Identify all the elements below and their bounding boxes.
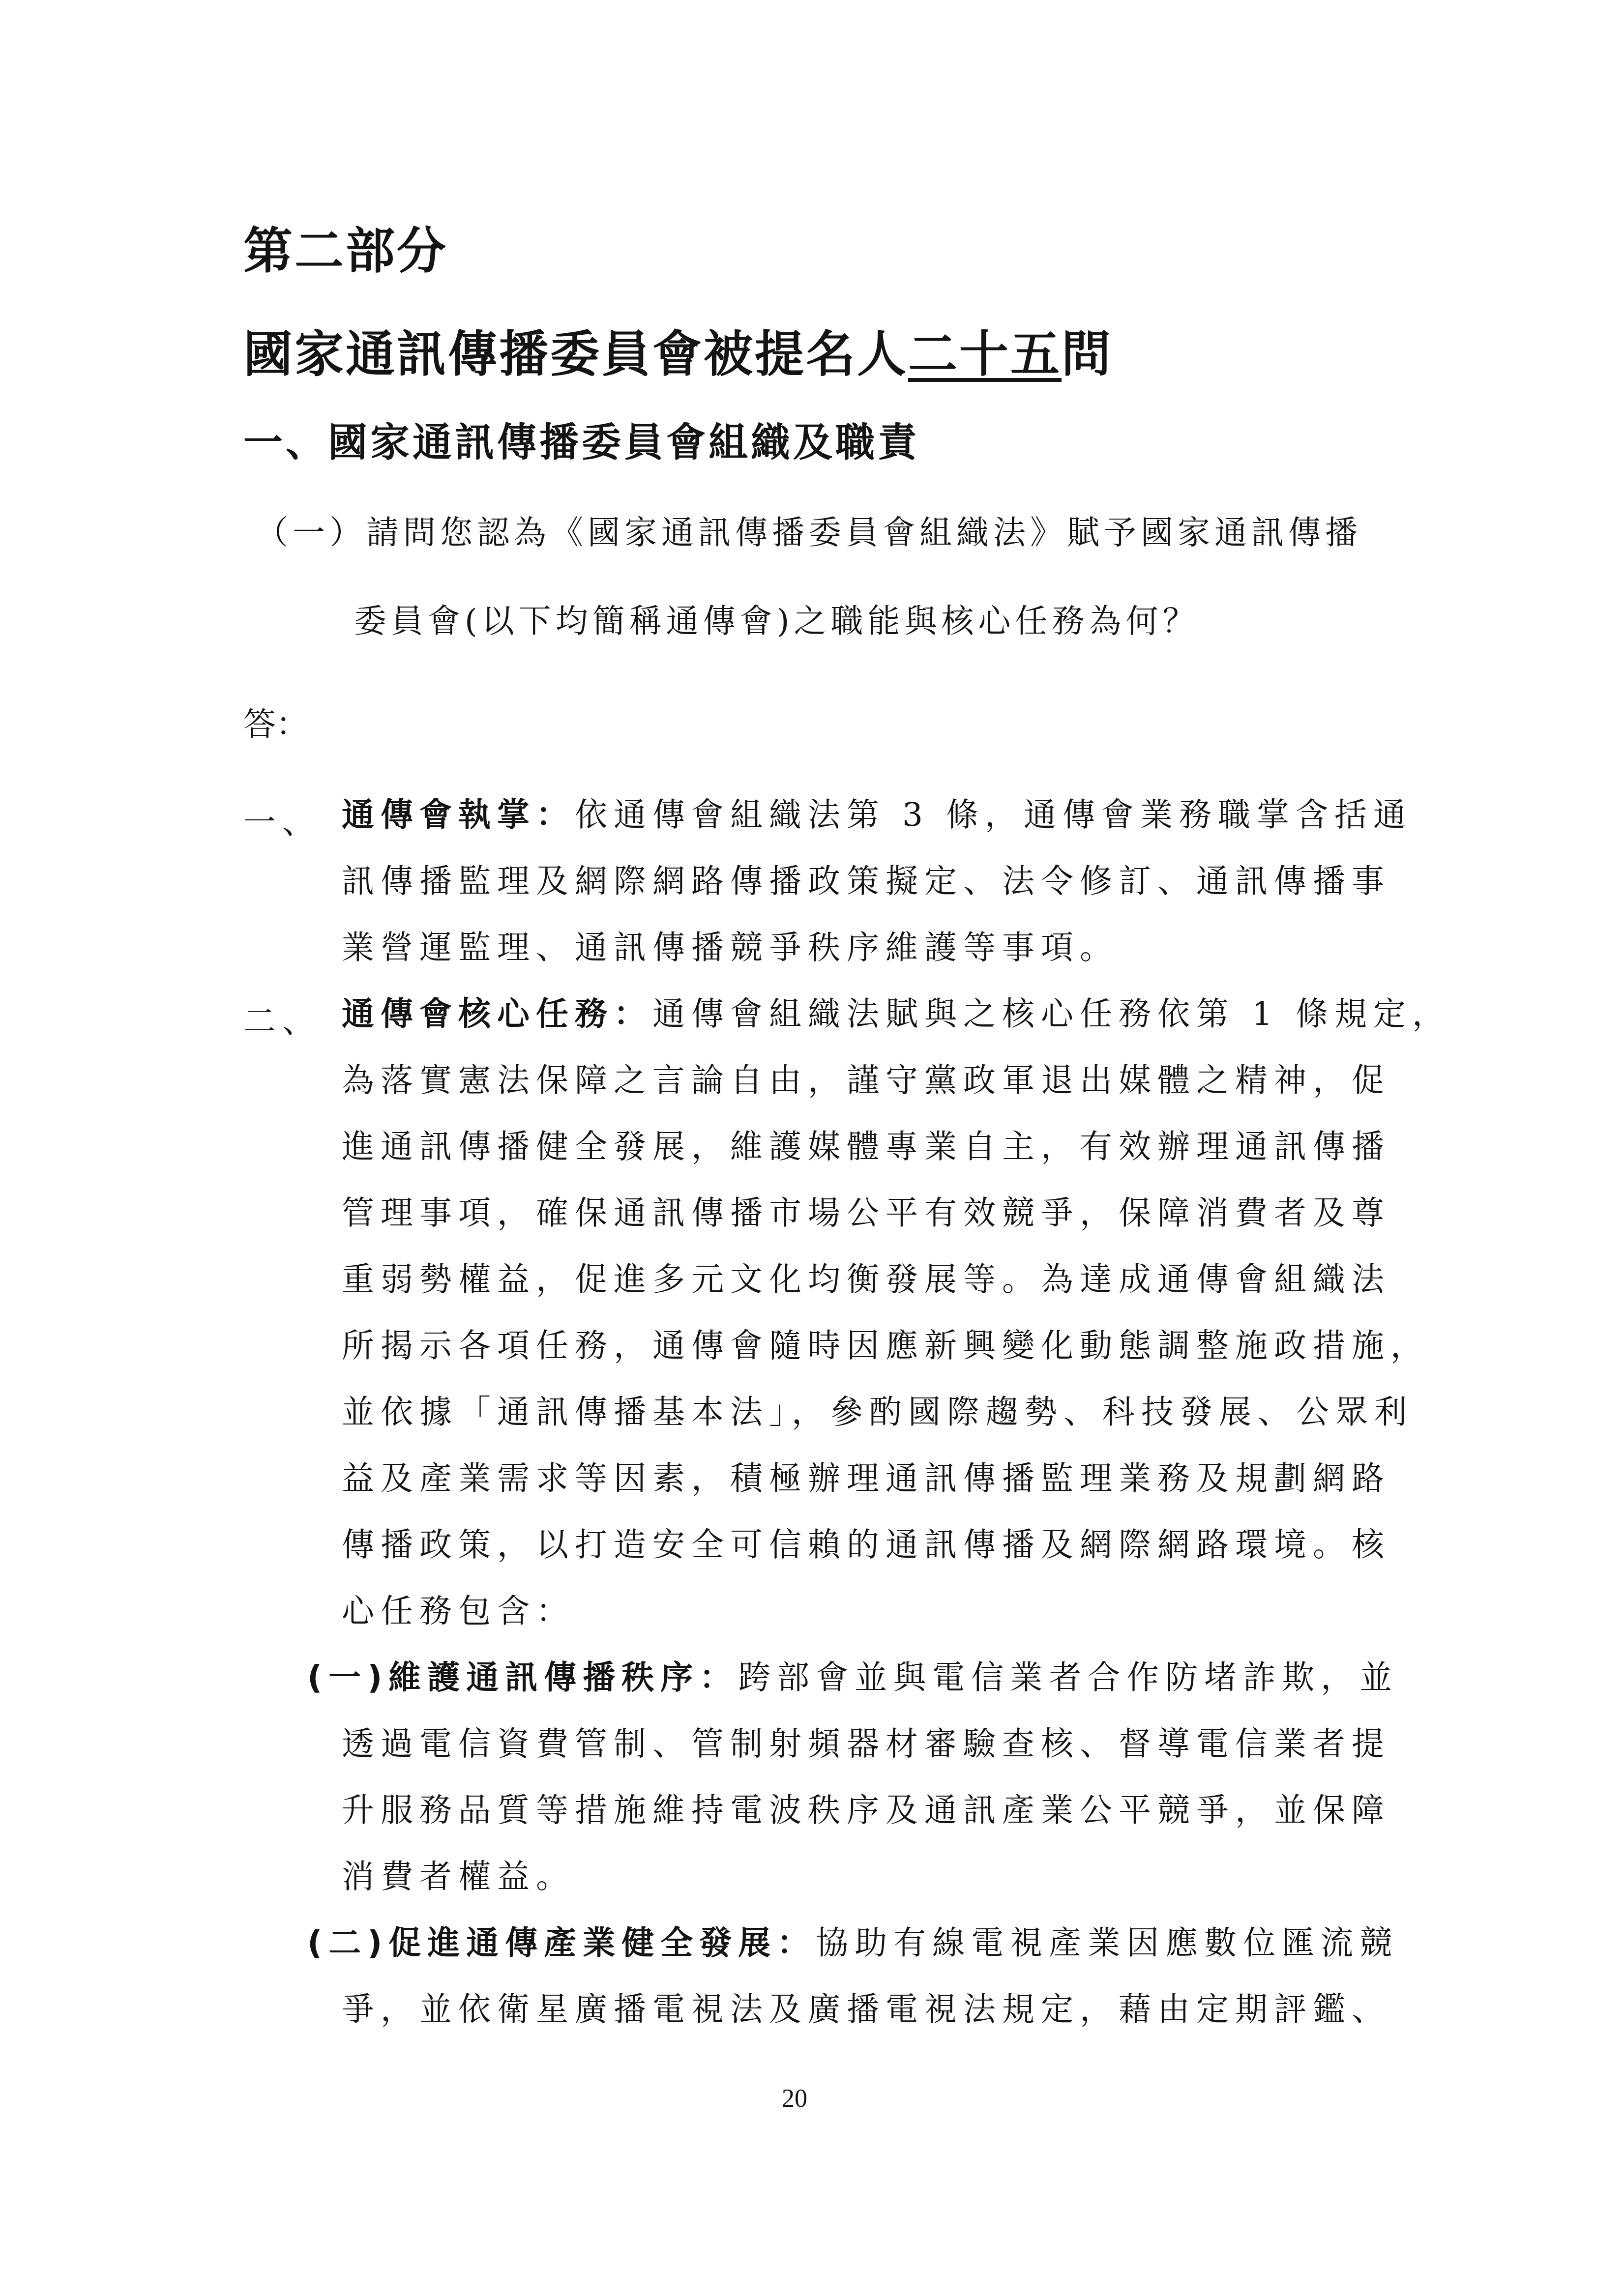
item-lines: 通傳會核心任務：通傳會組織法賦與之核心任務依第 1 條規定， 為落實憲法保障之言… — [342, 981, 1451, 1644]
sub-item-heading: 促進通傳產業健全發展： — [388, 1924, 816, 1962]
item-heading: 通傳會核心任務： — [342, 995, 652, 1033]
item-marker: 二、 — [243, 988, 321, 1054]
item-heading: 通傳會執掌： — [342, 796, 575, 834]
item-line: 通傳會核心任務：通傳會組織法賦與之核心任務依第 1 條規定， — [342, 981, 1451, 1047]
sub-item-first-line: (一)維護通訊傳播秩序：跨部會並與電信業者合作防堵詐欺，並 — [307, 1644, 1398, 1711]
question-text-1: 請問您認為《國家通訊傳播委員會組織法》賦予國家通訊傳播 — [366, 514, 1362, 552]
sub-item-lines: 透過電信資費管制、管制射頻器材審驗查核、督導電信業者提 升服務品質等措施維持電波… — [342, 1711, 1390, 1910]
item-line: 爭，並依衛星廣播電視法及廣播電視法規定，藉由定期評鑑、 — [342, 1976, 1390, 2042]
item-marker: 一、 — [243, 789, 321, 855]
item-line: 訊傳播監理及網際網路傳播政策擬定、法令修訂、通訊傳播事 — [342, 848, 1412, 914]
item-line: 為落實憲法保障之言論自由，謹守黨政軍退出媒體之精神，促 — [342, 1047, 1451, 1113]
answer-label: 答： — [243, 698, 308, 745]
part-label: 第二部分 — [243, 211, 448, 282]
document-title: 國家通訊傳播委員會被提名人二十五問 — [243, 315, 1113, 385]
section-heading: 一、國家通訊傳播委員會組織及職責 — [243, 410, 920, 467]
item-line: 重弱勢權益，促進多元文化均衡發展等。為達成通傳會組織法 — [342, 1246, 1451, 1312]
item-line: 所揭示各項任務，通傳會隨時因應新興變化動態調整施政措施， — [342, 1312, 1451, 1379]
sub-item-lines: 爭，並依衛星廣播電視法及廣播電視法規定，藉由定期評鑑、 — [342, 1976, 1390, 2042]
item-line: 通傳會執掌：依通傳會組織法第 3 條，通傳會業務職掌含括通 — [342, 782, 1412, 848]
item-line: 進通訊傳播健全發展，維護媒體專業自主，有效辦理通訊傳播 — [342, 1113, 1451, 1180]
item-line: 益及產業需求等因素，積極辦理通訊傳播監理業務及規劃網路 — [342, 1445, 1451, 1511]
item-line: 管理事項，確保通訊傳播市場公平有效競爭，保障消費者及尊 — [342, 1180, 1451, 1246]
item-line: 並依據「通訊傳播基本法」，參酌國際趨勢、科技發展、公眾利 — [342, 1379, 1451, 1445]
item-line: 心任務包含： — [342, 1578, 1451, 1644]
item-line: 傳播政策，以打造安全可信賴的通訊傳播及網際網路環境。核 — [342, 1511, 1451, 1578]
item-lines: 通傳會執掌：依通傳會組織法第 3 條，通傳會業務職掌含括通 訊傳播監理及網際網路… — [342, 782, 1412, 981]
question-line-1: （一）請問您認為《國家通訊傳播委員會組織法》賦予國家通訊傳播 — [256, 506, 1362, 553]
question-number: （一） — [256, 514, 366, 552]
sub-item-marker: (一) — [307, 1658, 388, 1696]
title-suffix: 問 — [1062, 325, 1113, 383]
sub-item-heading: 維護通訊傳播秩序： — [388, 1658, 738, 1696]
item-line: 透過電信資費管制、管制射頻器材審驗查核、督導電信業者提 — [342, 1711, 1390, 1777]
item-line: 業營運監理、通訊傳播競爭秩序維護等事項。 — [342, 914, 1412, 981]
item-line: 升服務品質等措施維持電波秩序及通訊產業公平競爭，並保障 — [342, 1777, 1390, 1843]
sub-item-marker: (二) — [307, 1924, 388, 1962]
title-underlined-count: 二十五 — [908, 325, 1062, 383]
title-prefix: 國家通訊傳播委員會被提名人 — [243, 325, 908, 383]
page-number: 20 — [782, 2084, 807, 2113]
sub-item-first-line: (二)促進通傳產業健全發展：協助有線電視產業因應數位匯流競 — [307, 1910, 1398, 1976]
question-line-2: 委員會(以下均簡稱通傳會)之職能與核心任務為何？ — [354, 595, 1200, 641]
item-line: 消費者權益。 — [342, 1843, 1390, 1910]
